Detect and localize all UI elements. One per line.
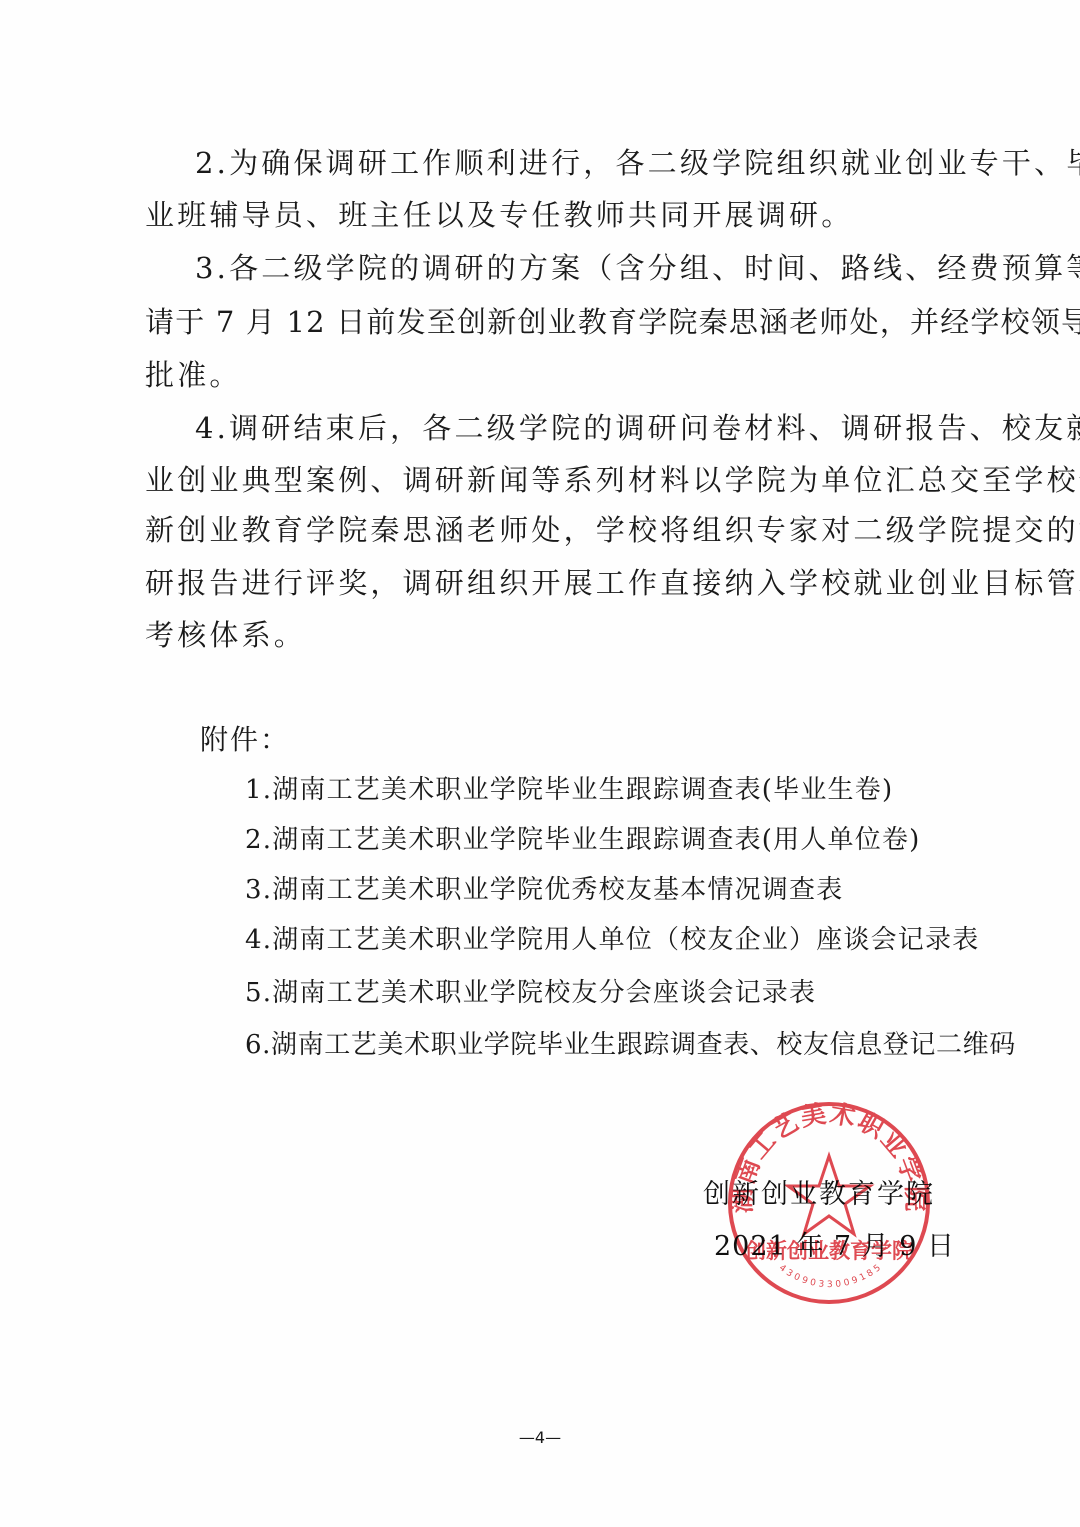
seal-icon: 湖南工艺美术职业学院 创新创业教育学院 4309033009185 [726, 1100, 932, 1306]
seal-inner-text: 创新创业教育学院 [744, 1239, 913, 1263]
attachment-item-2: 2.湖南工艺美术职业学院毕业生跟踪调查表(用人单位卷) [245, 822, 921, 858]
paragraph-2-line-1: 2.为确保调研工作顺利进行，各二级学院组织就业创业专干、毕 [195, 145, 943, 181]
page-number: —4— [0, 1428, 1080, 1447]
attachment-item-1: 1.湖南工艺美术职业学院毕业生跟踪调查表(毕业生卷) [245, 772, 893, 808]
official-seal-stamp: 湖南工艺美术职业学院 创新创业教育学院 4309033009185 [726, 1100, 932, 1306]
paragraph-4-line-4: 研报告进行评奖，调研组织开展工作直接纳入学校就业创业目标管理 [145, 565, 945, 601]
paragraph-3-line-2: 请于 7 月 12 日前发至创新创业教育学院秦思涵老师处，并经学校领导 [145, 304, 945, 340]
attachment-item-6: 6.湖南工艺美术职业学院毕业生跟踪调查表、校友信息登记二维码 [245, 1027, 1016, 1063]
attachment-item-4: 4.湖南工艺美术职业学院用人单位（校友企业）座谈会记录表 [245, 922, 979, 958]
attachment-item-3: 3.湖南工艺美术职业学院优秀校友基本情况调查表 [245, 872, 843, 908]
paragraph-3-line-1: 3.各二级学院的调研的方案（含分组、时间、路线、经费预算等） [195, 250, 943, 286]
paragraph-4-line-1: 4.调研结束后，各二级学院的调研问卷材料、调研报告、校友就 [195, 410, 943, 446]
paragraph-4-line-3: 新创业教育学院秦思涵老师处，学校将组织专家对二级学院提交的调 [145, 512, 945, 548]
seal-code: 4309033009185 [777, 1261, 885, 1290]
attachments-label: 附件： [200, 722, 290, 758]
paragraph-4-line-5: 考核体系。 [145, 617, 945, 653]
paragraph-2-line-2: 业班辅导员、班主任以及专任教师共同开展调研。 [145, 197, 945, 233]
attachment-item-5: 5.湖南工艺美术职业学院校友分会座谈会记录表 [245, 975, 816, 1011]
document-page: 2.为确保调研工作顺利进行，各二级学院组织就业创业专干、毕 业班辅导员、班主任以… [0, 0, 1080, 1527]
paragraph-4-line-2: 业创业典型案例、调研新闻等系列材料以学院为单位汇总交至学校创 [145, 462, 945, 498]
paragraph-3-line-3: 批准。 [145, 357, 945, 393]
svg-text:4309033009185: 4309033009185 [777, 1261, 885, 1290]
